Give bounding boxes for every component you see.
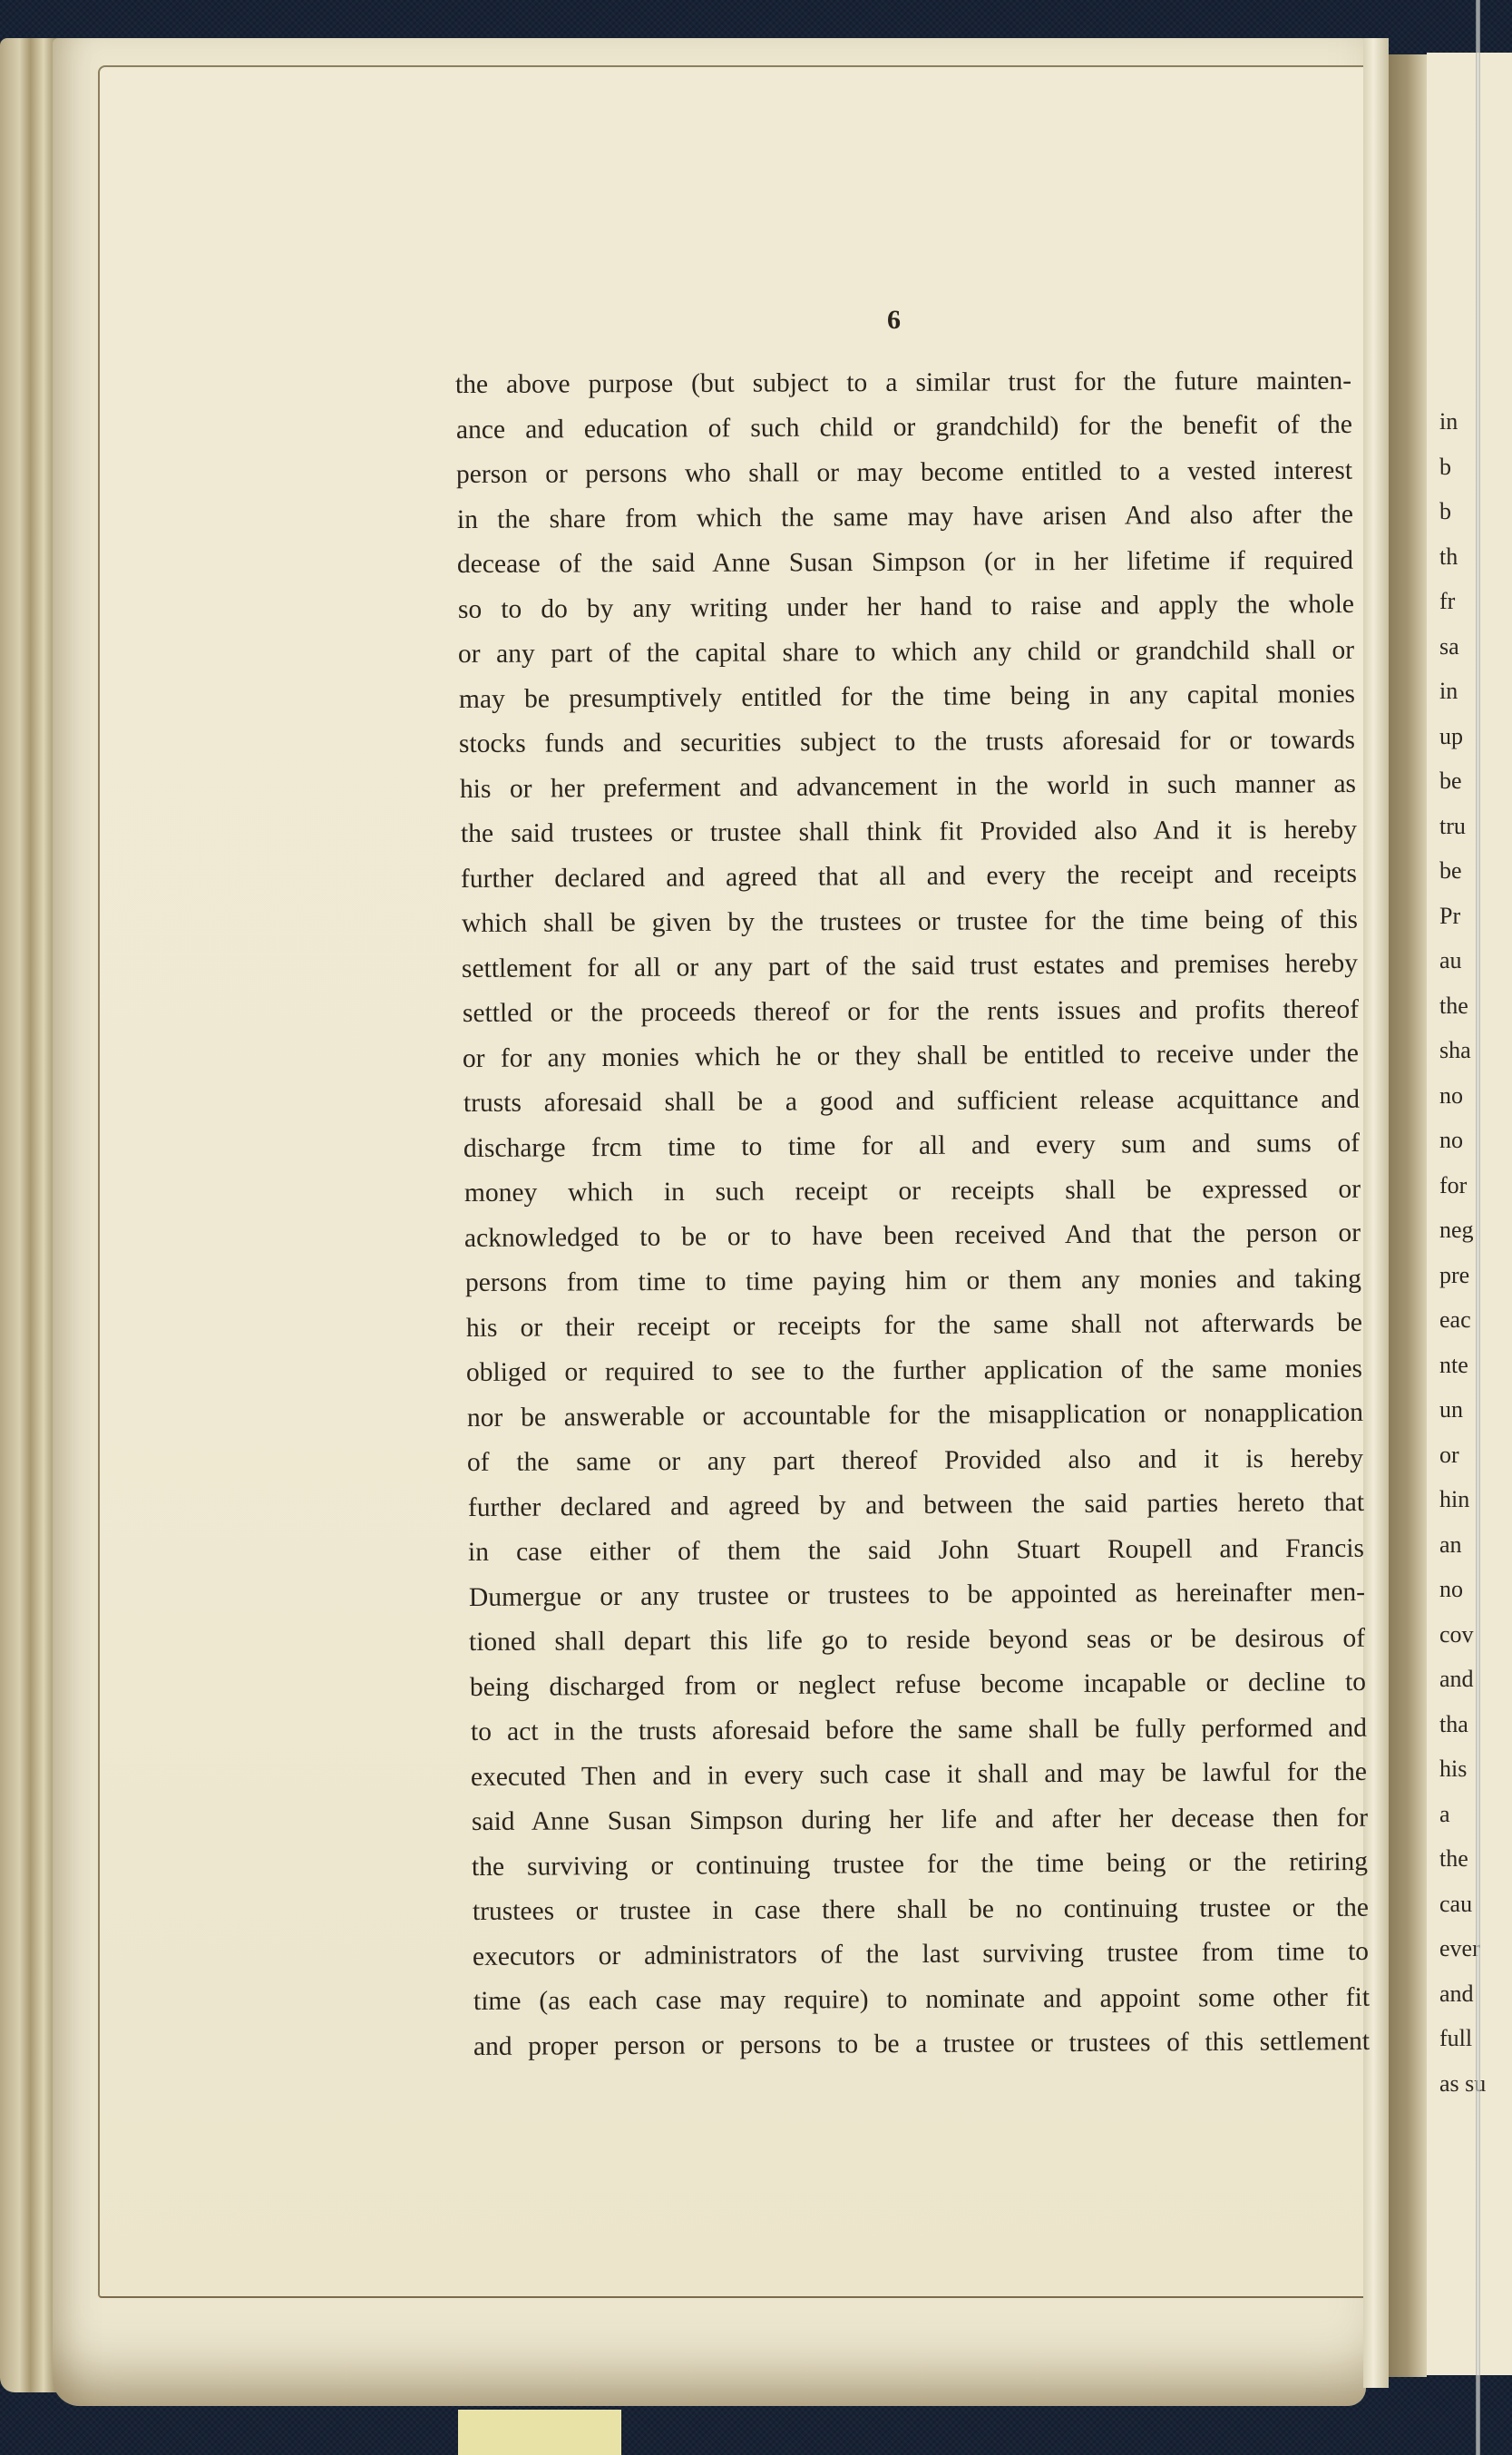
text-line: the surviving or continuing trustee for … (472, 1839, 1368, 1890)
facing-text-fragment: no (1439, 1073, 1494, 1119)
text-line: ance and education of such child or gran… (456, 402, 1352, 453)
facing-text-fragment: th (1439, 534, 1494, 580)
text-line: and proper person or persons to be a tru… (473, 2019, 1370, 2069)
facing-text-fragment: neg (1439, 1208, 1494, 1253)
facing-text-fragment: an (1439, 1522, 1494, 1568)
facing-text-fragment: au (1439, 938, 1494, 983)
facing-text-fragment: hin (1439, 1477, 1494, 1522)
facing-text-fragment: in (1439, 399, 1494, 445)
facing-text-fragment: b (1439, 489, 1494, 534)
text-line: executors or administrators of the last … (473, 1929, 1369, 1980)
facing-page: inbbthfrsainupbetrubePrautheshanonoforne… (1427, 53, 1512, 2375)
facing-text-fragment: a (1439, 1792, 1494, 1837)
text-line: being discharged from or neglect refuse … (470, 1659, 1366, 1710)
text-line: trustees or trustee in case there shall … (473, 1886, 1369, 1935)
text-line: in case either of them the said John Stu… (468, 1527, 1364, 1576)
facing-text-fragment: in (1439, 669, 1494, 714)
page-number: 6 (887, 305, 901, 336)
text-line: executed Then and in every such case it … (471, 1749, 1367, 1800)
facing-text-fragment: un (1439, 1387, 1494, 1433)
facing-text-fragment: up (1439, 714, 1494, 759)
text-line: of the same or any part thereof Provided… (467, 1437, 1363, 1486)
facing-text-fragment: eac (1439, 1297, 1494, 1343)
facing-text-fragment: and (1439, 1971, 1494, 2017)
text-line: in the share from which the same may hav… (457, 492, 1353, 543)
text-line: which shall be given by the trustees or … (462, 898, 1358, 947)
facing-text-fragment: tha (1439, 1702, 1494, 1747)
text-line: to act in the trusts aforesaid before th… (471, 1707, 1367, 1756)
paper-tag (458, 2410, 621, 2455)
text-line: the above purpose (but subject to a simi… (455, 359, 1351, 408)
facing-text-fragment: cov (1439, 1612, 1494, 1658)
text-line: or any part of the capital share to whic… (458, 629, 1354, 678)
text-line: the said trustees or trustee shall think… (461, 808, 1357, 857)
text-line: further declared and agreed that all and… (461, 851, 1357, 902)
text-line: or for any monies which he or they shall… (463, 1031, 1359, 1081)
text-line: person or persons who shall or may becom… (456, 449, 1352, 498)
text-line: his or their receipt or receipts for the… (466, 1300, 1362, 1351)
text-line: persons from time to time paying him or … (465, 1257, 1361, 1306)
facing-text-fragment: Pr (1439, 894, 1494, 939)
text-line: discharge frcm time to time for all and … (463, 1120, 1360, 1171)
facing-text-fragment: sa (1439, 624, 1494, 670)
text-line: decease of the said Anne Susan Simpson (… (457, 539, 1353, 588)
facing-text-fragment: be (1439, 758, 1494, 804)
facing-text-fragment: pre (1439, 1253, 1494, 1298)
text-line: acknowledged to be or to have been recei… (464, 1210, 1361, 1261)
facing-text-fragment: no (1439, 1567, 1494, 1612)
facing-text-fragment: nte (1439, 1343, 1494, 1388)
text-line: said Anne Susan Simpson during her life … (472, 1796, 1368, 1845)
text-line: stocks funds and securities subject to t… (459, 719, 1355, 768)
facing-text-fragment: be (1439, 848, 1494, 894)
facing-text-fragment: cau (1439, 1882, 1494, 1927)
text-line: tioned shall depart this life go to resi… (469, 1617, 1365, 1666)
facing-page-text: inbbthfrsainupbetrubePrautheshanonoforne… (1439, 399, 1494, 2106)
text-line: further declared and agreed by and betwe… (468, 1480, 1364, 1531)
facing-text-fragment: and (1439, 1657, 1494, 1702)
facing-text-fragment: full (1439, 2016, 1494, 2061)
facing-text-fragment: for (1439, 1163, 1494, 1208)
facing-text-fragment: ever (1439, 1926, 1494, 1971)
text-line: settled or the proceeds thereof or for t… (463, 988, 1359, 1037)
text-line: settlement for all or any part of the sa… (462, 941, 1358, 992)
facing-text-fragment: the (1439, 983, 1494, 1029)
facing-text-fragment: as su (1439, 2061, 1494, 2107)
page-holder-rod (1476, 0, 1480, 2455)
facing-text-fragment: b (1439, 445, 1494, 490)
text-line: money which in such receipt or receipts … (464, 1168, 1361, 1217)
text-line: so to do by any writing under her hand t… (458, 582, 1354, 632)
facing-text-fragment: sha (1439, 1028, 1494, 1073)
text-line: obliged or required to see to the furthe… (466, 1347, 1362, 1396)
text-line: Dumergue or any trustee or trustees to b… (469, 1570, 1365, 1620)
text-line: trusts aforesaid shall be a good and suf… (463, 1078, 1360, 1127)
document-body-text: the above purpose (but subject to a simi… (455, 363, 1351, 2069)
facing-text-fragment: or (1439, 1433, 1494, 1478)
facing-text-fragment: fr (1439, 579, 1494, 624)
text-line: time (as each case may require) to nomin… (473, 1976, 1370, 2025)
facing-text-fragment: the (1439, 1836, 1494, 1882)
gutter-shadow (1389, 54, 1427, 2377)
text-line: nor be answerable or accountable for the… (467, 1390, 1363, 1441)
facing-text-fragment: his (1439, 1746, 1494, 1792)
text-line: may be presumptively entitled for the ti… (459, 671, 1355, 722)
text-line: his or her preferment and advancement in… (460, 761, 1356, 812)
facing-text-fragment: no (1439, 1118, 1494, 1163)
facing-text-fragment: tru (1439, 804, 1494, 849)
